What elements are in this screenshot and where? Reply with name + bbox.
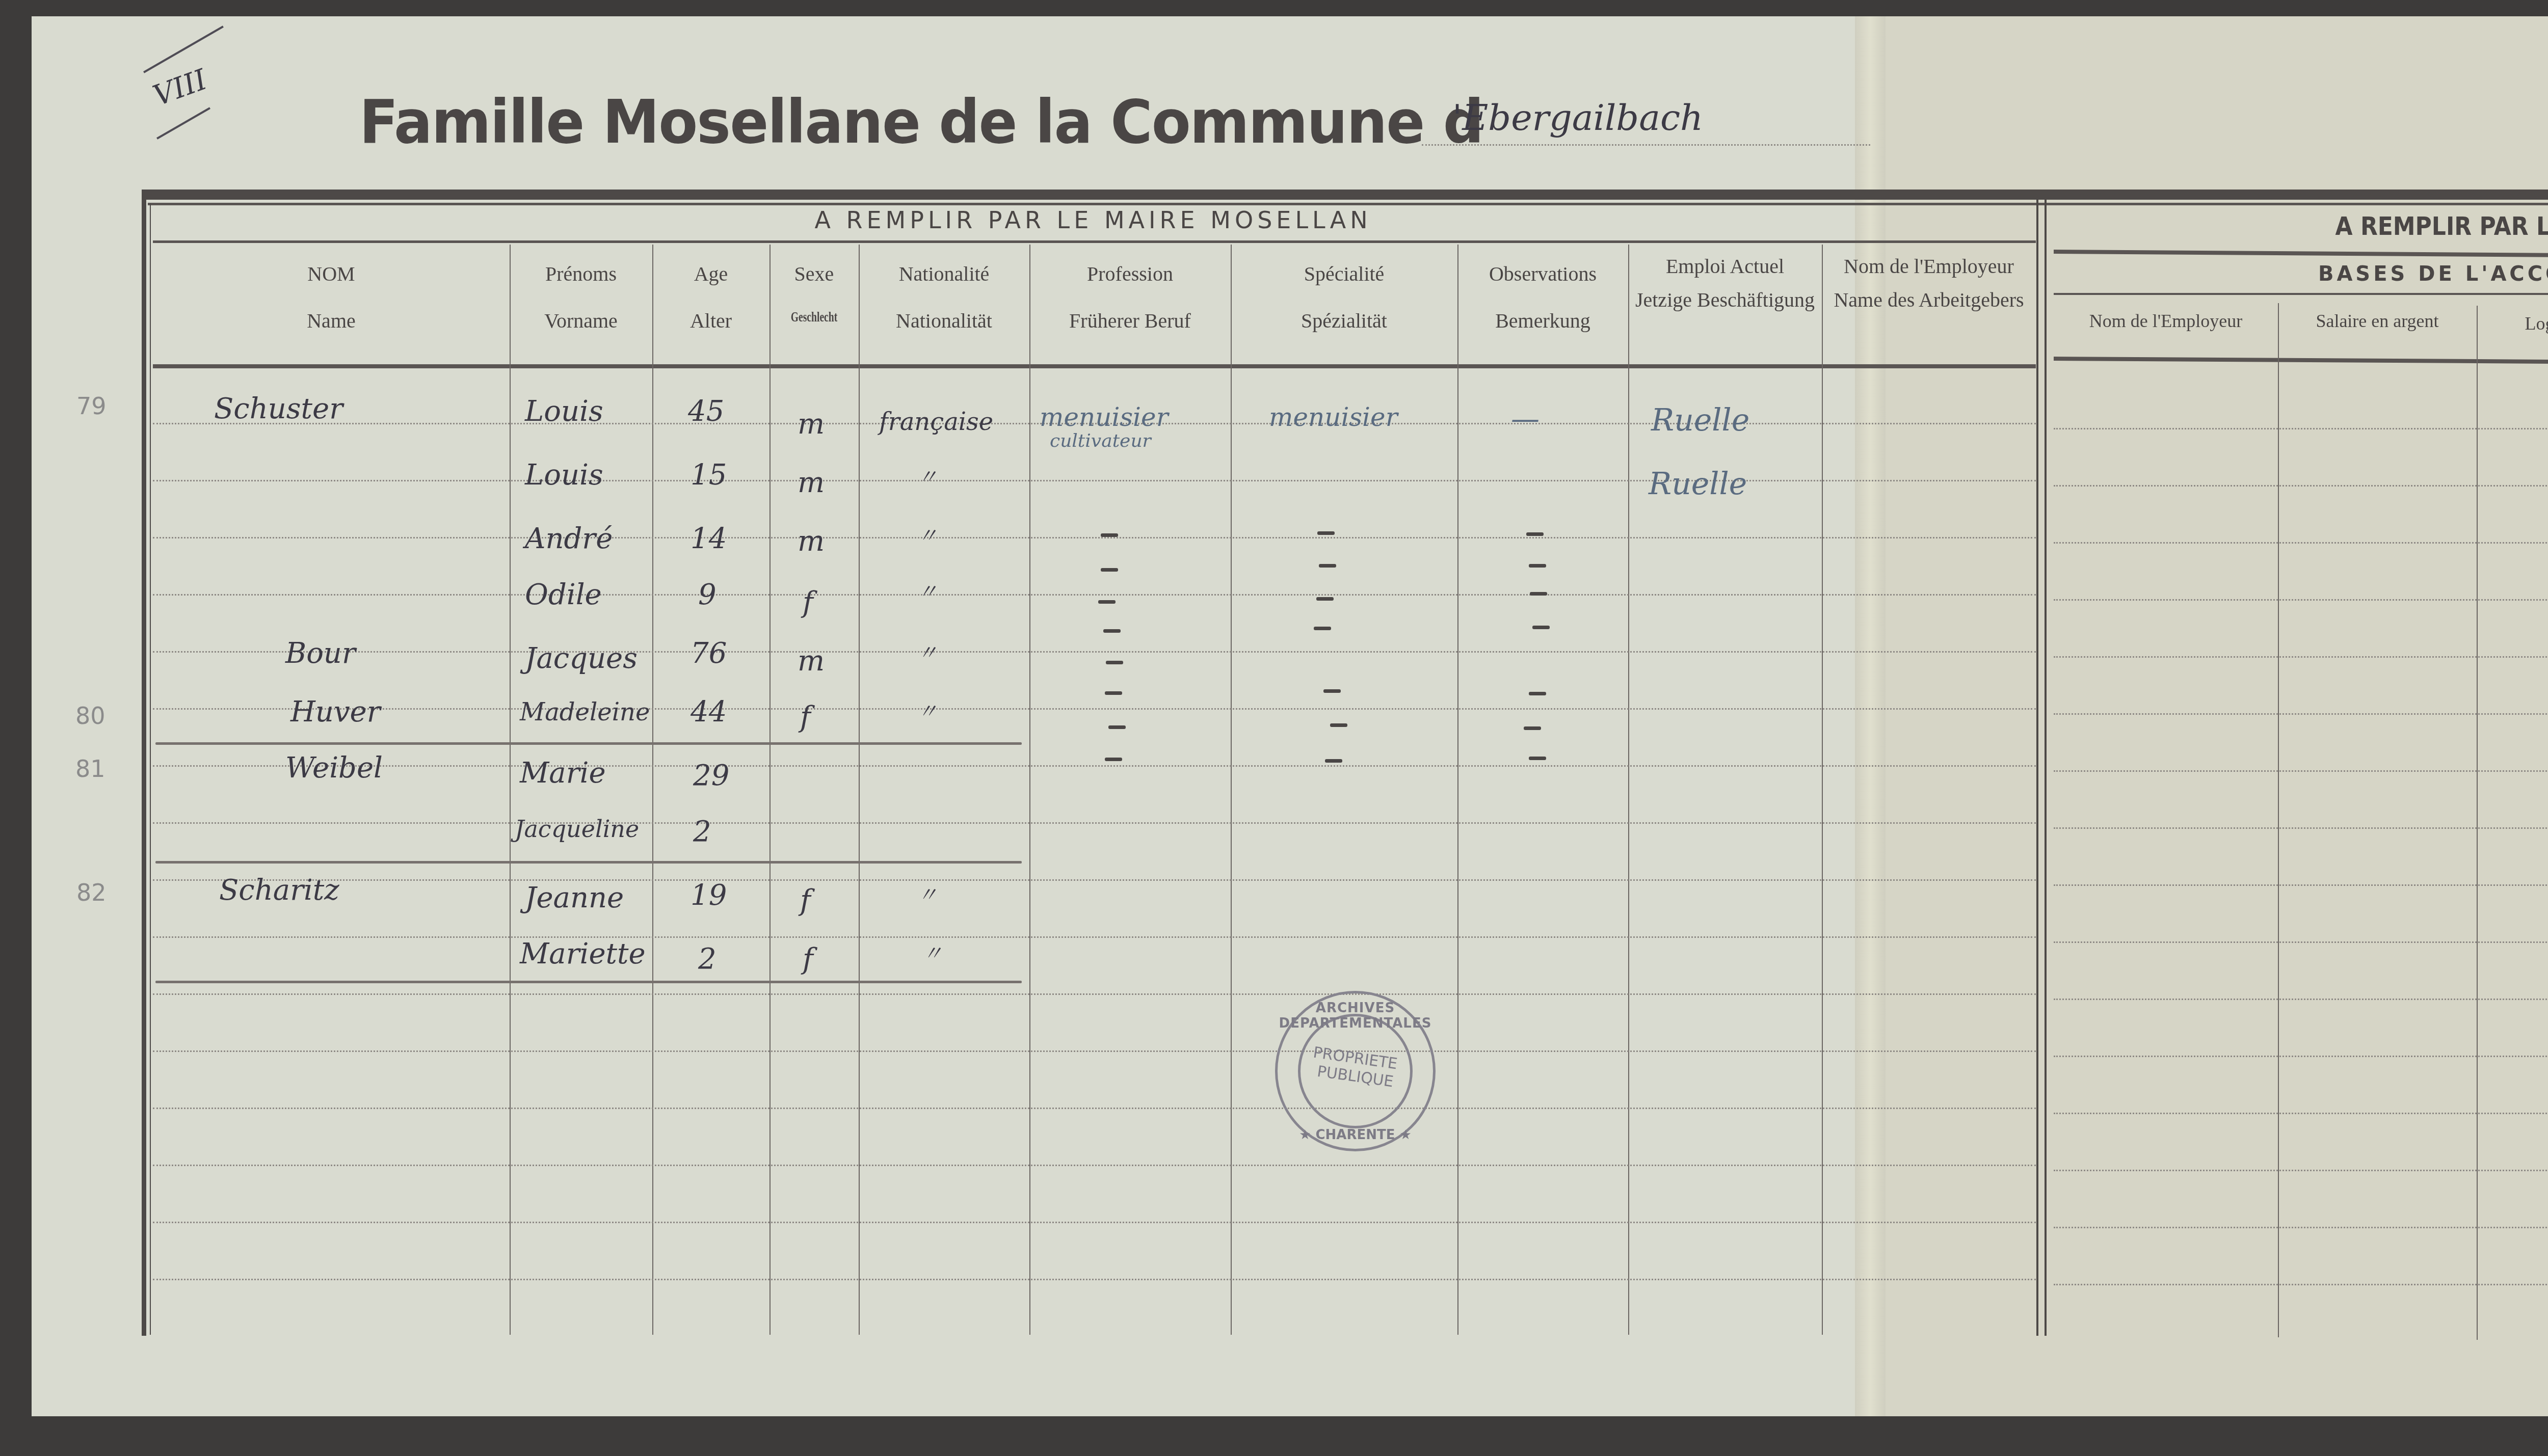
- cell-age: 15: [691, 459, 727, 492]
- left-section-title: A REMPLIR PAR LE MAIRE MOSELLAN: [153, 206, 2033, 234]
- commune-name-handwritten: 'Ebergailbach: [1452, 97, 1703, 139]
- dash-mark: [1526, 532, 1544, 536]
- col-divider: [1231, 245, 1232, 1335]
- cell-age: 14: [691, 522, 727, 555]
- cell-nationalite: 〃: [917, 461, 938, 490]
- row-line: [2054, 656, 2548, 658]
- cell-prenom: Louis: [525, 395, 603, 428]
- row-line: [2054, 1113, 2548, 1114]
- cell-nationalite: 〃: [917, 879, 938, 908]
- margin-number: 79: [76, 392, 107, 420]
- cell-sexe: m: [798, 466, 825, 499]
- cell-employeur: Ruelle: [1651, 402, 1749, 438]
- cell-age: 45: [688, 395, 724, 428]
- row-line: [2054, 599, 2548, 601]
- cell-profession: menuisier: [1040, 402, 1169, 432]
- row-line: [2054, 770, 2548, 772]
- family-separator: [155, 861, 1022, 864]
- dash-mark: [1529, 692, 1546, 695]
- row-line: [2054, 1170, 2548, 1171]
- stamp-ring-top: ARCHIVES DEPARTEMENTALES: [1278, 1001, 1433, 1031]
- cell-sexe: m: [798, 644, 825, 678]
- left-section-title-rule: [153, 240, 2036, 243]
- dash-mark: [1101, 568, 1118, 572]
- col-header-r-nom-employeur: Nom de l'Employeur: [2054, 311, 2278, 332]
- left-header-rule: [153, 364, 2036, 368]
- col-divider: [1822, 245, 1823, 1335]
- cell-age: 2: [693, 815, 711, 848]
- cell-employeur: Ruelle: [1649, 466, 1747, 502]
- cell-prenom: Louis: [525, 459, 603, 492]
- cell-sexe: f: [803, 942, 813, 976]
- row-line: [153, 1108, 2036, 1109]
- row-line: [153, 1050, 2036, 1052]
- row-line: [2054, 542, 2548, 544]
- cell-nom: Bour: [285, 637, 356, 670]
- row-line: [153, 1222, 2036, 1223]
- cell-prenom: Marie: [520, 757, 606, 790]
- col-header-logement: Logement: [2477, 313, 2548, 334]
- cell-age: 44: [691, 695, 727, 729]
- dash-mark: [1316, 597, 1334, 601]
- dash-mark: [1529, 564, 1546, 568]
- row-line: [2054, 827, 2548, 829]
- row-line: [153, 765, 2036, 767]
- cell-nom: Huver: [290, 695, 380, 729]
- cell-nationalite: française: [879, 408, 993, 436]
- row-line: [2054, 1227, 2548, 1228]
- col-divider: [510, 245, 511, 1335]
- row-line: [2054, 941, 2548, 943]
- row-line: [153, 936, 2036, 938]
- cell-nationalite: 〃: [922, 937, 943, 966]
- dash-mark: [1098, 600, 1116, 604]
- cell-nationalite: 〃: [917, 695, 938, 724]
- col-header-age: AgeAlter: [652, 262, 769, 333]
- form-title: Famille Mosellane de la Commune d: [359, 87, 1483, 157]
- cell-nationalite: 〃: [917, 637, 938, 666]
- col-header-prenoms: PrénomsVorname: [510, 262, 652, 333]
- dash-mark: [1105, 691, 1122, 695]
- dash-mark: [1524, 726, 1541, 730]
- cell-nationalite: 〃: [917, 576, 938, 605]
- dash-mark: [1106, 661, 1123, 664]
- dash-mark: [1105, 758, 1122, 761]
- dash-mark: [1530, 592, 1547, 596]
- row-line: [153, 480, 2036, 481]
- row-line: [153, 1165, 2036, 1166]
- col-header-salaire: Salaire en argent: [2278, 311, 2477, 332]
- bases-accord-rule: [2054, 293, 2548, 295]
- row-line: [2054, 428, 2548, 429]
- frame-left-inner: [150, 204, 151, 1335]
- frame-mid-right: [2045, 190, 2047, 1336]
- cell-sexe: m: [798, 408, 825, 441]
- col-header-specialite: SpécialitéSpézialität: [1231, 262, 1457, 333]
- cell-age: 2: [698, 942, 716, 976]
- cell-specialite: menuisier: [1269, 402, 1398, 432]
- cell-prenom: Mariette: [520, 937, 646, 970]
- cell-sexe: m: [798, 525, 825, 558]
- dash-mark: [1532, 626, 1550, 629]
- cell-prenom: Madeleine: [520, 698, 650, 726]
- bases-accord-title: BASES DE L'ACCORD: [2054, 262, 2548, 286]
- col-header-nom-employeur: Nom de l'EmployeurName des Arbeitgebers: [1822, 255, 2036, 312]
- row-line: [2054, 1056, 2548, 1057]
- col-header-nationalite: NationalitéNationalität: [859, 262, 1029, 333]
- dash-mark: [1330, 723, 1347, 727]
- dash-mark: [1325, 759, 1342, 763]
- col-header-observations: ObservationsBemerkung: [1457, 262, 1628, 333]
- cell-prenom: Jacques: [525, 642, 638, 675]
- cell-profession-2: cultivateur: [1050, 430, 1151, 451]
- dash-mark: [1103, 629, 1121, 633]
- margin-number: 80: [75, 702, 105, 730]
- row-line: [153, 594, 2036, 596]
- row-line: [153, 708, 2036, 710]
- cell-prenom: André: [525, 522, 613, 555]
- cell-sexe: f: [800, 700, 811, 734]
- row-line: [153, 1279, 2036, 1280]
- col-divider: [859, 245, 860, 1335]
- dash-mark: [1314, 627, 1331, 630]
- dash-mark: [1101, 533, 1118, 537]
- cell-prenom: Odile: [525, 578, 602, 611]
- stamp-ring-bottom: ★ CHARENTE ★: [1278, 1127, 1433, 1143]
- row-line: [153, 822, 2036, 824]
- col-header-sexe: SexeGeschlecht: [769, 262, 859, 326]
- cell-age: 29: [693, 759, 729, 792]
- row-line: [153, 537, 2036, 538]
- cell-sexe: f: [800, 884, 811, 917]
- row-line: [2054, 713, 2548, 715]
- row-line: [2054, 884, 2548, 886]
- row-line: [153, 993, 2036, 995]
- row-line: [2054, 999, 2548, 1000]
- col-divider: [769, 245, 771, 1335]
- col-header-emploi-actuel: Emploi ActuelJetzige Beschäftigung: [1628, 255, 1822, 312]
- col-divider: [652, 245, 653, 1335]
- cell-sexe: f: [803, 586, 813, 619]
- col-header-profession: ProfessionFrüherer Beruf: [1029, 262, 1231, 333]
- dash-mark: [1317, 531, 1335, 535]
- col-divider: [1457, 245, 1458, 1335]
- archives-stamp: ARCHIVES DEPARTEMENTALES PROPRIETE PUBLI…: [1275, 991, 1436, 1151]
- row-line: [2054, 1284, 2548, 1285]
- cell-age: 9: [698, 578, 716, 611]
- row-line: [153, 879, 2036, 881]
- col-divider: [1029, 245, 1030, 1335]
- cell-nom: Weibel: [285, 751, 383, 785]
- family-separator: [155, 742, 1022, 745]
- margin-number: 81: [75, 755, 105, 783]
- dash-mark: [1108, 725, 1126, 729]
- cell-age: 19: [691, 879, 727, 912]
- col-divider: [2278, 303, 2279, 1337]
- col-header-nom: NOMName: [153, 262, 510, 333]
- family-separator: [155, 981, 1022, 983]
- header-rule-thin: [148, 203, 2548, 205]
- cell-observations: —: [1511, 402, 1540, 436]
- frame-mid-left: [2036, 190, 2038, 1336]
- col-divider: [2477, 306, 2478, 1340]
- cell-nationalite: 〃: [917, 520, 938, 549]
- row-line: [153, 651, 2036, 653]
- cell-nom: Schuster: [214, 392, 343, 425]
- dash-mark: [1319, 564, 1336, 568]
- cell-nom: Scharitz: [219, 874, 339, 907]
- margin-number: 82: [76, 879, 107, 906]
- row-line: [2054, 485, 2548, 487]
- col-divider: [1628, 245, 1629, 1335]
- frame-left: [142, 190, 146, 1336]
- cell-prenom: Jeanne: [525, 881, 624, 914]
- dash-mark: [1323, 689, 1341, 693]
- cell-prenom: Jacqueline: [515, 815, 639, 843]
- cell-age: 76: [691, 637, 727, 670]
- commune-fill-line: [1422, 144, 1870, 146]
- header-rule-thick: [143, 190, 2548, 200]
- dash-mark: [1529, 757, 1546, 760]
- right-section-title: A REMPLIR PAR LE PRÉSIDENT DU COMITÉ COM…: [2149, 211, 2548, 241]
